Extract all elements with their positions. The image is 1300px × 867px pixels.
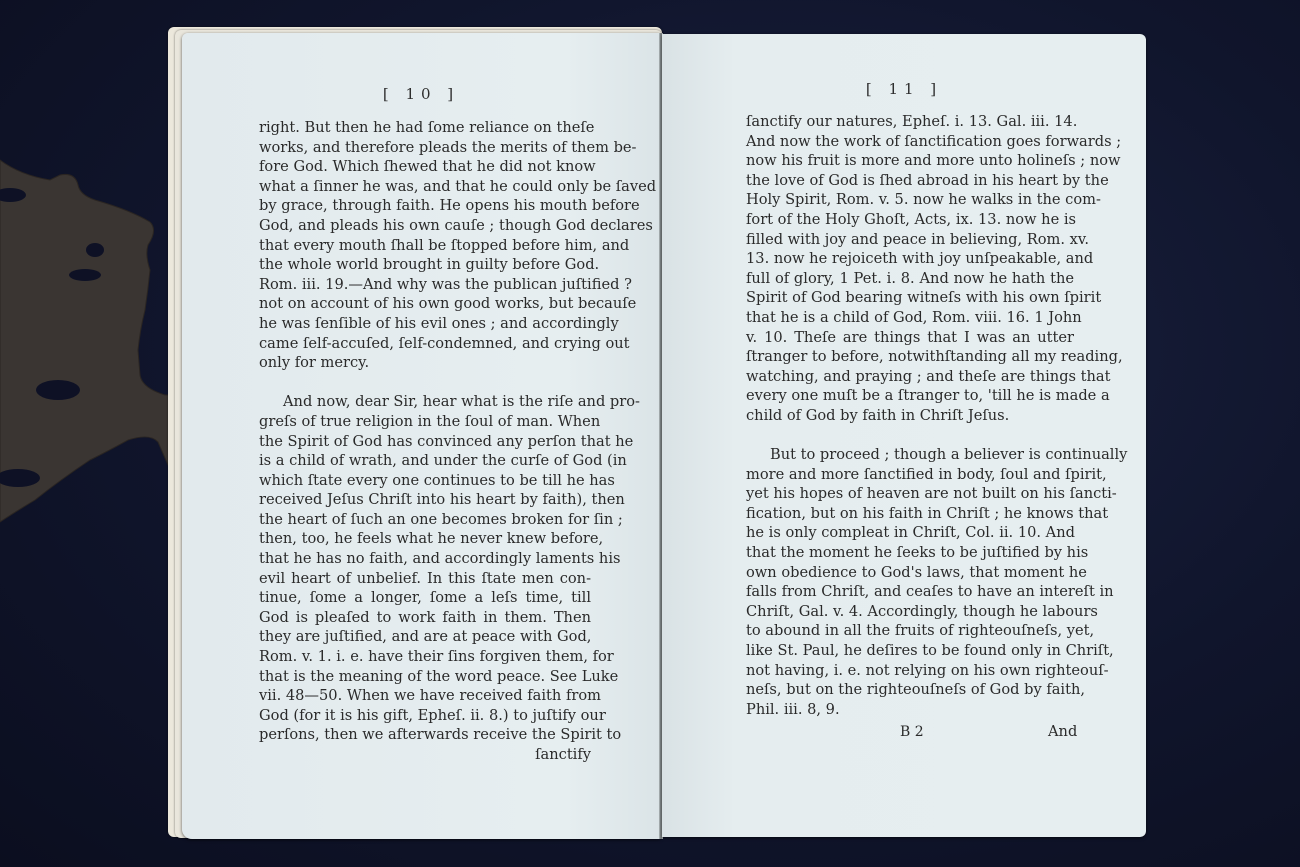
text-line: filled with joy and peace in believing, … xyxy=(746,230,1074,250)
text-line: they are juſtified, and are at peace wit… xyxy=(259,627,591,647)
paragraph-gap xyxy=(259,373,591,393)
catchword: ſanctify xyxy=(259,745,591,765)
paragraph-gap xyxy=(746,426,1074,446)
text-line: he is only compleat in Chriſt, Col. ii. … xyxy=(746,523,1074,543)
text-line: like St. Paul, he deſires to be found on… xyxy=(746,641,1074,661)
text-line: that he is a child of God, Rom. viii. 16… xyxy=(746,308,1074,328)
page-number-left: [ 10 ] xyxy=(182,85,660,103)
text-line: right. But then he had ſome reliance on … xyxy=(259,118,591,138)
catchword: And xyxy=(1048,723,1077,740)
text-line: came ſelf-accuſed, ſelf-condemned, and c… xyxy=(259,334,591,354)
text-line: Phil. iii. 8, 9. xyxy=(746,700,1074,720)
text-line: that he has no faith, and accordingly la… xyxy=(259,549,591,569)
text-line: full of glory, 1 Pet. i. 8. And now he h… xyxy=(746,269,1074,289)
text-line: Rom. iii. 19.—And why was the publican j… xyxy=(259,275,591,295)
left-page: [ 10 ] right. But then he had ſome relia… xyxy=(182,33,660,839)
text-line: And now, dear Sir, hear what is the riſe… xyxy=(259,392,591,412)
text-line: ſanctify our natures, Epheſ. i. 13. Gal.… xyxy=(746,112,1074,132)
text-line: child of God by faith in Chriſt Jeſus. xyxy=(746,406,1074,426)
text-line: v. 10. Theſe are things that I was an ut… xyxy=(746,328,1074,348)
text-line: what a ſinner he was, and that he could … xyxy=(259,177,591,197)
left-page-text: right. But then he had ſome reliance on … xyxy=(259,118,591,765)
text-line: neſs, but on the righteouſneſs of God by… xyxy=(746,680,1074,700)
text-line: more and more ſanctified in body, ſoul a… xyxy=(746,465,1074,485)
text-line: not on account of his own good works, bu… xyxy=(259,294,591,314)
text-line: God is pleaſed to work faith in them. Th… xyxy=(259,608,591,628)
text-line: then, too, he feels what he never knew b… xyxy=(259,529,591,549)
text-line: received Jeſus Chriſt into his heart by … xyxy=(259,490,591,510)
text-line: which ſtate every one continues to be ti… xyxy=(259,471,591,491)
text-line: that the moment he ſeeks to be juſtified… xyxy=(746,543,1074,563)
text-line: only for mercy. xyxy=(259,353,591,373)
text-line: God, and pleads his own cauſe ; though G… xyxy=(259,216,591,236)
text-line: by grace, through faith. He opens his mo… xyxy=(259,196,591,216)
text-line: fore God. Which ſhewed that he did not k… xyxy=(259,157,591,177)
text-line: he was ſenſible of his evil ones ; and a… xyxy=(259,314,591,334)
text-line: own obedience to God's laws, that moment… xyxy=(746,563,1074,583)
text-line: watching, and praying ; and theſe are th… xyxy=(746,367,1074,387)
text-line: works, and therefore pleads the merits o… xyxy=(259,138,591,158)
right-page-text: ſanctify our natures, Epheſ. i. 13. Gal.… xyxy=(746,112,1074,719)
text-line: And now the work of ſanctification goes … xyxy=(746,132,1074,152)
text-line: perſons, then we afterwards receive the … xyxy=(259,725,591,745)
text-line: fort of the Holy Ghoſt, Acts, ix. 13. no… xyxy=(746,210,1074,230)
text-line: to abound in all the fruits of righteouſ… xyxy=(746,621,1074,641)
text-line: not having, i. e. not relying on his own… xyxy=(746,661,1074,681)
text-line: vii. 48—50. When we have received faith … xyxy=(259,686,591,706)
text-line: evil heart of unbelief. In this ſtate me… xyxy=(259,569,591,589)
text-line: the Spirit of God has convinced any perſ… xyxy=(259,432,591,452)
text-line: the whole world brought in guilty before… xyxy=(259,255,591,275)
text-line: God (for it is his gift, Epheſ. ii. 8.) … xyxy=(259,706,591,726)
text-line: Holy Spirit, Rom. v. 5. now he walks in … xyxy=(746,190,1074,210)
text-line: the heart of ſuch an one becomes broken … xyxy=(259,510,591,530)
text-line: Chriſt, Gal. v. 4. Accordingly, though h… xyxy=(746,602,1074,622)
page-number-right: [ 11 ] xyxy=(662,80,1146,98)
text-line: is a child of wrath, and under the curſe… xyxy=(259,451,591,471)
signature-mark: B 2 xyxy=(900,724,924,740)
text-line: falls from Chriſt, and ceaſes to have an… xyxy=(746,582,1074,602)
text-line: fication, but on his faith in Chriſt ; h… xyxy=(746,504,1074,524)
text-line: But to proceed ; though a believer is co… xyxy=(746,445,1074,465)
text-line: ſtranger to before, notwithſtanding all … xyxy=(746,347,1074,367)
text-line: the love of God is ſhed abroad in his he… xyxy=(746,171,1074,191)
text-line: now his fruit is more and more unto holi… xyxy=(746,151,1074,171)
text-line: tinue, ſome a longer, ſome a leſs time, … xyxy=(259,588,591,608)
text-line: greſs of true religion in the ſoul of ma… xyxy=(259,412,591,432)
right-page: [ 11 ] ſanctify our natures, Epheſ. i. 1… xyxy=(662,34,1146,837)
text-line: yet his hopes of heaven are not built on… xyxy=(746,484,1074,504)
text-line: every one muſt be a ſtranger to, 'till h… xyxy=(746,386,1074,406)
text-line: that every mouth ſhall be ſtopped before… xyxy=(259,236,591,256)
text-line: that is the meaning of the word peace. S… xyxy=(259,667,591,687)
text-line: 13. now he rejoiceth with joy unſpeakabl… xyxy=(746,249,1074,269)
text-line: Spirit of God bearing witneſs with his o… xyxy=(746,288,1074,308)
text-line: Rom. v. 1. i. e. have their ſins forgive… xyxy=(259,647,591,667)
